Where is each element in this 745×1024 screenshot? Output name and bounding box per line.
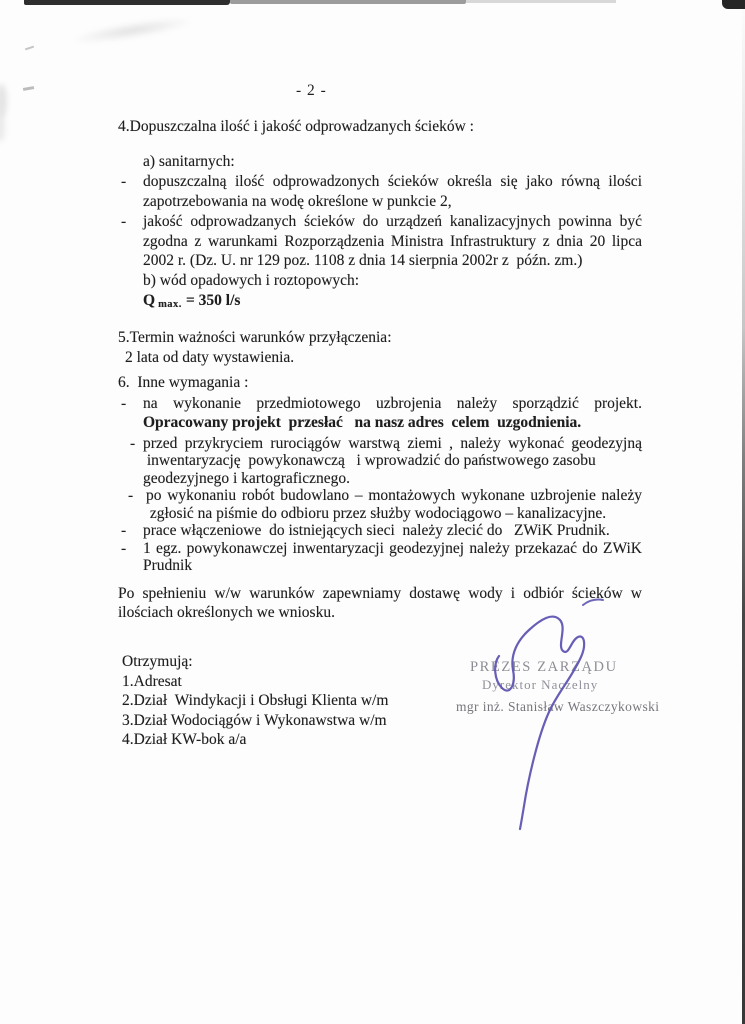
bullet-line: po wykonaniu robót budowlano – montażowy…	[146, 487, 642, 505]
scan-artifact-edge-blob	[0, 84, 7, 118]
bullet-line: 2002 r. (Dz. U. nr 129 poz. 1108 z dnia …	[143, 251, 642, 271]
signature-main-stroke	[495, 617, 584, 829]
scan-artifact-edge-blob	[0, 112, 5, 142]
scan-artifact-top-strip-3	[466, 0, 616, 3]
bullet-line: Opracowany projekt przesłać na nasz adre…	[143, 413, 642, 433]
document-body: 4.Dopuszczalna ilość i jakość odprowadza…	[118, 117, 642, 623]
stamp-title: PREZES ZARZĄDU	[470, 659, 618, 676]
bullet-line: geodezyjnego i kartograficznego.	[143, 470, 642, 488]
paragraph-line: Po spełnieniu w/w warunków zapewniamy do…	[118, 584, 642, 604]
distribution-item: 1.Adresat	[122, 672, 388, 692]
section-6-heading: 6. Inne wymagania :	[118, 373, 642, 393]
distribution-item: 4.Dział KW-bok a/a	[122, 730, 388, 750]
bullet-dash: -	[127, 435, 143, 488]
bullet-dash: -	[118, 394, 143, 433]
bullet-line: inwentaryzację powykonawczą i wprowadzić…	[143, 452, 642, 470]
bullet-line: zapotrzebowania na wodę określone w punk…	[143, 192, 642, 212]
distribution-item: 3.Dział Wodociągów i Wykonawstwa w/m	[122, 711, 388, 731]
bullet-line: Prudnik	[143, 557, 642, 575]
scan-artifact-top-strip	[24, 0, 230, 5]
bullet-line: na wykonanie przedmiotowego uzbrojenia n…	[143, 394, 642, 414]
page-number: - 2 -	[296, 82, 327, 100]
scan-artifact-tick	[25, 46, 34, 51]
bullet-line: 1 egz. powykonawczej inwentaryzacji geod…	[143, 540, 642, 558]
bullet-dash: -	[125, 487, 146, 522]
bullet-dash: -	[118, 522, 143, 540]
item-a-label: a) sanitarnych:	[118, 152, 642, 172]
bullet-line: dopuszczalną ilość odprowadzonych ściekó…	[143, 172, 642, 192]
bullet-line: jakość odprowadzanych ścieków do urządze…	[143, 212, 642, 232]
scan-artifact-top-strip-2	[230, 0, 466, 4]
section-5-body: 2 lata od daty wystawienia.	[118, 348, 642, 368]
distribution-item: 2.Dział Windykacji i Obsługi Klienta w/m	[122, 691, 388, 711]
paragraph-line: ilościach określonych we wniosku.	[118, 603, 642, 623]
scan-artifact-tick	[23, 86, 34, 90]
distribution-list: Otrzymują: 1.Adresat 2.Dział Windykacji …	[122, 652, 388, 750]
bullet-dash: -	[118, 540, 143, 575]
bullet-line: zgłosić na piśmie do odbioru przez służb…	[146, 505, 642, 523]
bullet-dash: -	[118, 212, 143, 271]
scanned-document-page: - 2 - 4.Dopuszczalna ilość i jakość odpr…	[0, 0, 745, 1024]
scan-artifact-smudge	[69, 12, 195, 48]
scan-artifact-corner	[722, 0, 745, 9]
bullet-line: zgodna z warunkami Rozporządzenia Minist…	[143, 232, 642, 252]
section-5-heading: 5.Termin ważności warunków przyłączenia:	[118, 328, 642, 348]
bullet-dash: -	[118, 172, 143, 211]
flow-formula: Qmax.= 350 l/s	[118, 291, 642, 315]
bullet-line: prace włączeniowe do istniejących sieci …	[143, 522, 642, 540]
bullet-line: przed przykryciem rurociągów warstwą zie…	[143, 435, 642, 453]
signer-name: mgr inż. Stanisław Waszczykowski	[456, 699, 659, 715]
section-4-heading: 4.Dopuszczalna ilość i jakość odprowadza…	[118, 117, 642, 137]
distribution-title: Otrzymują:	[122, 652, 388, 672]
stamp-subtitle: Dyrektor Naczelny	[482, 677, 598, 693]
item-b-label: b) wód opadowych i roztopowych:	[118, 271, 642, 291]
